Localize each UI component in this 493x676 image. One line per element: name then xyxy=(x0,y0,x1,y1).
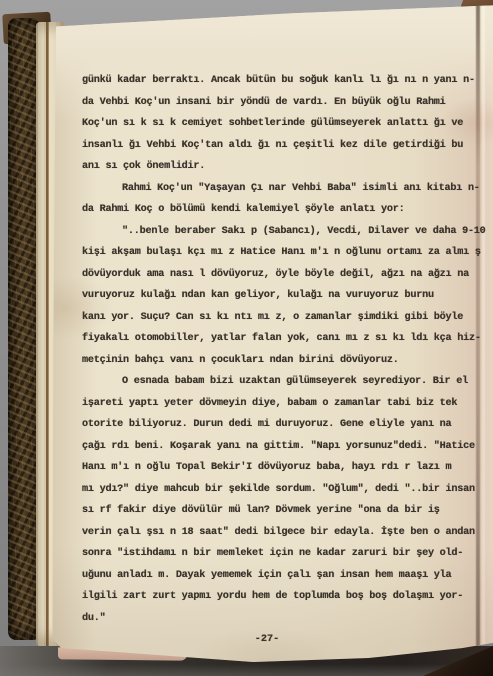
text-line: da Vehbi Koç'un insani bir yöndü de vard… xyxy=(82,92,488,114)
text-lines-host: günkü kadar berraktı. Ancak bütün bu soğ… xyxy=(82,70,488,629)
text-line: sonra "istihdamı n bir memleket için ne … xyxy=(82,543,488,565)
text-line: metçinin bahçı vanı n çocukları ndan bir… xyxy=(82,350,488,372)
text-line: kanı yor. Suçu? Can sı kı ntı mı z, o za… xyxy=(82,307,488,329)
text-line: kişi akşam bulaşı kçı mı z Hatice Hanı m… xyxy=(82,242,488,264)
book-page: günkü kadar berraktı. Ancak bütün bu soğ… xyxy=(48,4,493,664)
text-line: du." xyxy=(82,608,488,630)
text-line: uğunu anladı m. Dayak yememek için çalı … xyxy=(82,565,488,587)
text-line: anı sı çok önemlidir. xyxy=(82,156,488,178)
text-line: Hanı m'ı n oğlu Topal Bekir'I dövüyoruz … xyxy=(82,457,488,479)
text-line: "..benle beraber Sakı p (Sabancı), Vecdi… xyxy=(82,221,488,243)
text-line: verin çalı şsı n 18 saat" dedi bilgece b… xyxy=(82,522,488,544)
text-line: işareti yaptı yeter dövmeyin diye, babam… xyxy=(82,393,488,415)
text-line: günkü kadar berraktı. Ancak bütün bu soğ… xyxy=(82,70,488,92)
text-line: Rahmi Koç'un "Yaşayan Çı nar Vehbi Baba"… xyxy=(82,178,488,200)
text-line: O esnada babam bizi uzaktan gülümseyerek… xyxy=(82,371,488,393)
text-line: sı rf fakir diye dövülür mü lan? Dövmek … xyxy=(82,500,488,522)
text-line: çağı rdı beni. Koşarak yanı na gittim. "… xyxy=(82,436,488,458)
text-line: otorite biliyoruz. Durun dedi mi duruyor… xyxy=(82,414,488,436)
page-number: -27- xyxy=(82,629,452,651)
text-line: ilgili zart zurt yapmı yordu hem de topl… xyxy=(82,586,488,608)
text-line: fiyakalı otomobiller, yatlar falan yok, … xyxy=(82,328,488,350)
typewritten-text-block: günkü kadar berraktı. Ancak bütün bu soğ… xyxy=(82,70,488,651)
book-photo-scene: günkü kadar berraktı. Ancak bütün bu soğ… xyxy=(0,0,493,676)
text-line: da Rahmi Koç o bölümü kendi kalemiyel şö… xyxy=(82,199,488,221)
text-line: dövüyorduk ama nası l dövüyoruz, öyle bö… xyxy=(82,264,488,286)
text-line: insanlı ğı Vehbi Koç'tan aldı ğı nı çeşi… xyxy=(82,135,488,157)
text-line: mı ydı?" diye mahcub bir şekilde sordum.… xyxy=(82,479,488,501)
text-line: Koç'un sı k sı k cemiyet sohbetlerinde g… xyxy=(82,113,488,135)
text-line: vuruyoruz kulağı ndan kan geliyor, kulağ… xyxy=(82,285,488,307)
